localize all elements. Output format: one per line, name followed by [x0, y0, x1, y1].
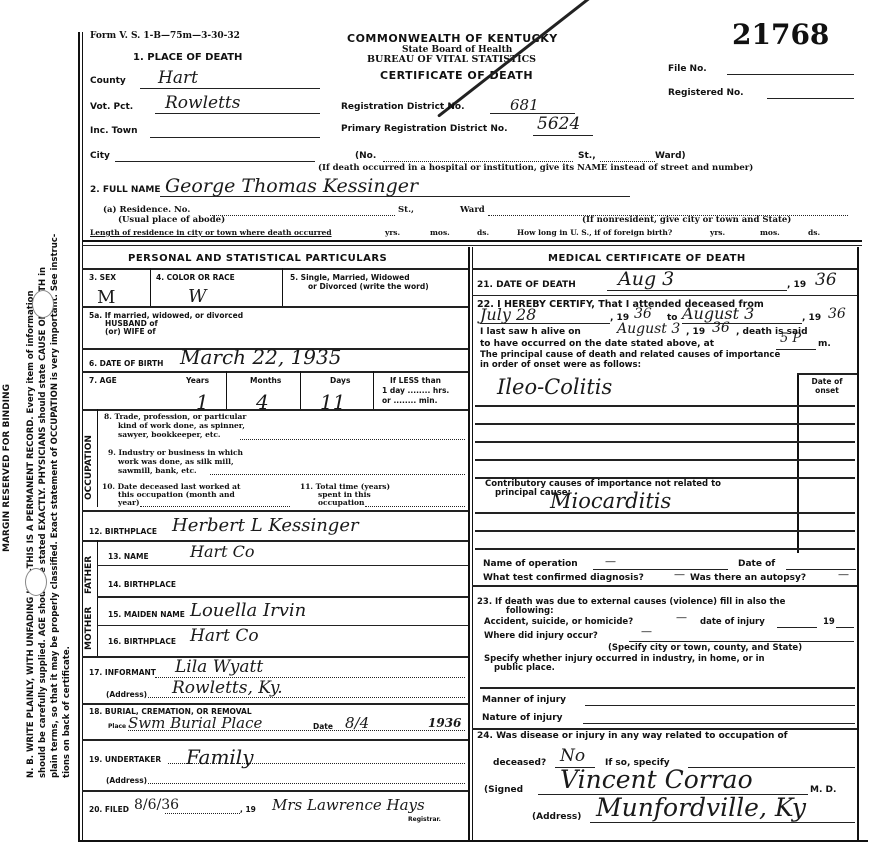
- length-yrs: yrs.: [385, 228, 400, 237]
- vot-pct-label: Vot. Pct.: [90, 102, 133, 112]
- mother-maiden-value[interactable]: Louella Irvin: [190, 600, 306, 621]
- principal-cause-value[interactable]: Ileo-Colitis: [497, 375, 612, 399]
- margin-instructions-line-1: N. B. WRITE PLAINLY, WITH UNFADING INK—T…: [26, 290, 37, 778]
- binding-hole-top: [32, 290, 54, 318]
- autopsy-label: Was there an autopsy?: [690, 573, 806, 583]
- days-divider: [373, 371, 374, 409]
- marital-label-2: or Divorced (write the word): [308, 282, 429, 291]
- city-no-line[interactable]: [383, 161, 573, 162]
- industry-label-1: 9. Industry or business in which: [108, 448, 243, 457]
- margin-reserved-text: MARGIN RESERVED FOR BINDING: [2, 384, 13, 552]
- filed-year-label: , 19: [240, 805, 256, 814]
- sex-row-bottom: [82, 306, 468, 308]
- dob-label: 6. DATE OF BIRTH: [89, 359, 163, 368]
- nature-line[interactable]: [583, 723, 855, 724]
- manner-line[interactable]: [585, 705, 855, 706]
- last-saw-date[interactable]: August 3: [617, 321, 680, 337]
- total-time-line[interactable]: [365, 506, 465, 507]
- injury-bottom: [472, 728, 857, 730]
- father-name-label: 13. NAME: [108, 552, 149, 561]
- occurred-label: to have occurred on the date stated abov…: [480, 339, 714, 349]
- last-saw-year-prefix: , 19: [686, 327, 705, 337]
- father-name-value[interactable]: Hart Co: [190, 542, 255, 561]
- primary-district-value[interactable]: 5624: [537, 114, 580, 134]
- mother-maiden-bottom: [97, 625, 468, 626]
- age-label: 7. AGE: [89, 376, 117, 385]
- date-injury-line[interactable]: [777, 627, 817, 628]
- inc-town-line: [150, 137, 320, 138]
- date-onset-label: Date of onset: [805, 377, 849, 395]
- operation-line: [593, 569, 728, 570]
- date-injury-year: 19: [823, 617, 835, 627]
- less-than-label-3: or ........ min.: [382, 396, 437, 405]
- undertaker-bottom: [82, 790, 468, 792]
- length-mos: mos.: [430, 228, 450, 237]
- burial-year-value[interactable]: 1936: [428, 716, 461, 730]
- father-birthplace-label: 14. BIRTHPLACE: [108, 580, 176, 589]
- burial-bottom: [82, 739, 468, 741]
- occupation-bottom: [82, 510, 468, 512]
- registered-no-label: Registered No.: [668, 88, 744, 98]
- date-of-death-value[interactable]: Aug 3: [618, 268, 674, 290]
- last-saw-text: I last saw h: [480, 327, 538, 337]
- accident-label: Accident, suicide, or homicide?: [484, 617, 633, 627]
- last-saw-label: I last saw h alive on: [480, 327, 581, 337]
- birthplace-bottom: [82, 540, 468, 542]
- nature-label: Nature of injury: [482, 713, 563, 723]
- informant-bottom: [82, 703, 468, 705]
- years-divider: [226, 371, 227, 409]
- primary-district-label: Primary Registration District No.: [341, 124, 508, 134]
- city-ward-label: Ward): [655, 151, 686, 161]
- address-label: (Address): [532, 812, 581, 822]
- date-of-death-year[interactable]: 36: [815, 270, 837, 290]
- trade-line[interactable]: [240, 439, 465, 440]
- date-of-death-line: [607, 290, 787, 291]
- md-label: M. D.: [810, 785, 836, 795]
- industry-line[interactable]: [210, 474, 465, 475]
- months-divider: [300, 371, 301, 409]
- file-no-label: File No.: [668, 64, 707, 74]
- last-saw-year[interactable]: 36: [712, 320, 730, 336]
- header-bottom-rule-2: [82, 245, 862, 246]
- address-value[interactable]: Munfordville, Ky: [596, 793, 806, 822]
- form-bottom-border: [78, 840, 868, 842]
- cause-line-3: [475, 441, 855, 443]
- date-injury-label: date of injury: [700, 617, 765, 627]
- cause-line-4: [475, 459, 855, 461]
- undertaker-address-line[interactable]: [148, 783, 465, 784]
- specify-label-2: public place.: [494, 663, 555, 673]
- date-of-death-year-prefix: , 19: [787, 280, 806, 290]
- address-line: [590, 822, 855, 823]
- where-note: (Specify city or town, county, and State…: [608, 643, 802, 653]
- registered-no-line[interactable]: [767, 98, 854, 99]
- cause-line-6: [475, 512, 855, 514]
- trade-label-1: 8. Trade, profession, or particular: [104, 412, 246, 421]
- cause-line-7: [475, 530, 855, 532]
- county-value[interactable]: Hart: [158, 68, 198, 88]
- date-injury-year-line[interactable]: [836, 627, 854, 628]
- informant-label: 17. INFORMANT: [89, 668, 156, 677]
- residence-sub-label: (Usual place of abode): [118, 215, 225, 225]
- foreign-mos: mos.: [760, 228, 780, 237]
- contributory-cause-value[interactable]: Miocarditis: [550, 489, 671, 513]
- mother-birthplace-value[interactable]: Hart Co: [190, 626, 259, 646]
- where-line: [629, 641, 854, 642]
- test-label: What test confirmed diagnosis?: [483, 573, 644, 583]
- deceased-label: deceased?: [493, 758, 546, 768]
- occupation-related-value[interactable]: No: [560, 746, 585, 766]
- birthplace-value[interactable]: Herbert L Kessinger: [172, 515, 359, 536]
- county-line: [140, 88, 320, 89]
- informant-value[interactable]: Lila Wyatt: [175, 657, 263, 677]
- mother-maiden-label: 15. MAIDEN NAME: [108, 610, 185, 619]
- margin-instructions-line-2: should be carefully supplied. AGE should…: [38, 267, 49, 778]
- county-label: County: [90, 76, 126, 86]
- vot-pct-line: [155, 113, 320, 114]
- time-line: [776, 349, 816, 350]
- file-no-line[interactable]: [727, 74, 854, 75]
- signed-label: (Signed: [484, 785, 523, 795]
- onset-top: [797, 373, 857, 375]
- margin-instructions-line-3: plain terms, so that it may be properly …: [50, 234, 61, 778]
- burial-date-value[interactable]: 8/4: [345, 714, 369, 732]
- registrar-label: Registrar.: [408, 815, 441, 824]
- residence-line[interactable]: [210, 215, 395, 216]
- marital-label-1: 5. Single, Married, Widowed: [290, 273, 410, 282]
- operation-value[interactable]: —: [605, 555, 616, 568]
- medical-heading: MEDICAL CERTIFICATE OF DEATH: [548, 253, 746, 264]
- filed-line: [165, 813, 240, 814]
- filed-value[interactable]: 8/6/36: [134, 797, 179, 813]
- form-left-border-inner: [82, 32, 83, 840]
- cause-line-2: [475, 423, 855, 425]
- full-name-value[interactable]: George Thomas Kessinger: [165, 175, 418, 197]
- dob-row-bottom: [82, 371, 468, 373]
- onset-column-divider: [797, 373, 799, 553]
- form-left-border: [78, 32, 80, 840]
- filed-label: 20. FILED: [89, 805, 129, 814]
- autopsy-value[interactable]: —: [838, 568, 849, 581]
- attended-to-year-prefix: , 19: [802, 313, 821, 323]
- occupation-side-divider: [97, 409, 98, 507]
- burial-place-label: Place: [108, 722, 126, 731]
- race-divider: [282, 268, 283, 306]
- last-worked-line[interactable]: [140, 506, 290, 507]
- external-label-2: following:: [506, 606, 554, 616]
- last-saw-mid: alive on: [538, 327, 581, 337]
- burial-place-value[interactable]: Swm Burial Place: [128, 714, 262, 732]
- sex-value[interactable]: M: [97, 287, 115, 308]
- foreign-yrs: yrs.: [710, 228, 725, 237]
- stamp-number: 21768: [732, 18, 829, 51]
- specify-line[interactable]: [480, 687, 855, 689]
- foreign-birth-label: How long in U. S., if of foreign birth?: [517, 228, 672, 237]
- father-name-bottom: [97, 565, 468, 566]
- accident-value[interactable]: —: [676, 611, 687, 624]
- city-line[interactable]: [115, 161, 315, 162]
- column-divider: [468, 247, 470, 842]
- occupation-related-label: 24. Was disease or injury in any way rel…: [477, 731, 788, 741]
- city-st-label: St.,: [578, 151, 596, 161]
- less-than-label-1: If LESS than: [390, 376, 441, 385]
- mother-bottom: [82, 656, 468, 658]
- attended-to-year[interactable]: 36: [828, 306, 846, 322]
- hospital-note: (If death occurred in a hospital or inst…: [318, 163, 753, 173]
- industry-label-3: sawmill, bank, etc.: [118, 466, 197, 475]
- where-label: Where did injury occur?: [484, 631, 598, 641]
- foreign-ds: ds.: [808, 228, 820, 237]
- length-ds: ds.: [477, 228, 489, 237]
- form-right-border: [857, 247, 859, 842]
- days-label: Days: [330, 376, 350, 385]
- principal-label-2: in order of onset were as follows:: [480, 360, 641, 370]
- undertaker-address-label: (Address): [106, 776, 147, 785]
- sex-label: 3. SEX: [89, 273, 116, 282]
- informant-address-label: (Address): [106, 690, 147, 699]
- father-bottom: [97, 596, 468, 598]
- time-value[interactable]: 5 P: [780, 331, 801, 346]
- attended-from-value[interactable]: July 28: [480, 305, 536, 324]
- less-than-label-2: 1 day ........ hrs.: [382, 386, 449, 395]
- months-label: Months: [250, 376, 281, 385]
- total-time-label-3: occupation: [318, 498, 364, 507]
- certificate-title: CERTIFICATE OF DEATH: [380, 69, 533, 82]
- undertaker-label: 19. UNDERTAKER: [89, 755, 161, 764]
- undertaker-value[interactable]: Family: [186, 745, 254, 769]
- date-of-death-bottom: [472, 295, 857, 296]
- residence-st-label: St.,: [398, 205, 414, 215]
- personal-heading-rule: [82, 268, 468, 270]
- vot-pct-value[interactable]: Rowletts: [165, 93, 240, 113]
- birthplace-label: 12. BIRTHPLACE: [89, 527, 157, 536]
- informant-address-value[interactable]: Rowletts, Ky.: [172, 678, 283, 698]
- mother-birthplace-label: 16. BIRTHPLACE: [108, 637, 176, 646]
- reg-district-value[interactable]: 681: [510, 96, 539, 114]
- industry-label-2: work was done, as silk mill,: [118, 457, 234, 466]
- length-residence-label: Length of residence in city or town wher…: [90, 228, 332, 237]
- registrar-signature[interactable]: Mrs Lawrence Hays: [272, 796, 425, 814]
- place-of-death-heading: 1. PLACE OF DEATH: [133, 52, 242, 63]
- mother-side-label: MOTHER: [84, 607, 95, 650]
- city-label: City: [90, 151, 110, 161]
- state-heading: COMMONWEALTH OF KENTUCKY: [347, 32, 558, 45]
- nonresident-note: (If nonresident, give city or town and S…: [582, 215, 791, 225]
- residence-ward-label: Ward: [460, 205, 485, 215]
- sex-divider: [150, 268, 151, 306]
- form-code: Form V. S. 1-B—75m—3-30-32: [90, 32, 240, 41]
- age-row-bottom: [82, 409, 468, 411]
- binding-hole-bottom: [25, 568, 47, 596]
- city-no-label: (No.: [355, 151, 376, 161]
- date-of-death-label: 21. DATE OF DEATH: [477, 280, 576, 290]
- full-name-label: 2. FULL NAME: [90, 185, 160, 195]
- personal-heading: PERSONAL AND STATISTICAL PARTICULARS: [128, 253, 387, 264]
- header-bottom-rule: [82, 240, 862, 242]
- cause-line-8: [475, 548, 855, 550]
- occupation-side-label: OCCUPATION: [84, 435, 95, 500]
- race-value[interactable]: W: [188, 286, 207, 307]
- operation-date-label: Date of: [738, 559, 775, 569]
- operation-label: Name of operation: [483, 559, 578, 569]
- spouse-label-3: (or) WIFE of: [105, 327, 156, 336]
- margin-instructions-line-4: tions on back of certificate.: [62, 646, 73, 778]
- parents-side-divider: [97, 540, 98, 656]
- cause-line-1: [475, 405, 855, 407]
- time-suffix: m.: [818, 339, 831, 349]
- trade-label-2: kind of work done, as spinner,: [118, 421, 245, 430]
- inc-town-label: Inc. Town: [90, 126, 138, 136]
- attended-from-year[interactable]: 36: [634, 306, 652, 322]
- last-worked-label-3: year): [118, 498, 140, 507]
- primary-district-line: [533, 135, 593, 136]
- burial-date-label: Date: [313, 722, 333, 731]
- column-divider-inner: [472, 247, 473, 842]
- years-label: Years: [186, 376, 209, 385]
- signed-value[interactable]: Vincent Corrao: [560, 765, 753, 794]
- test-row-bottom: [472, 585, 857, 587]
- manner-label: Manner of injury: [482, 695, 566, 705]
- attended-to-line: [682, 323, 802, 324]
- test-value[interactable]: —: [674, 568, 685, 581]
- trade-label-3: sawyer, bookkeeper, etc.: [118, 430, 221, 439]
- residence-label: (a) Residence. No.: [103, 205, 190, 215]
- reg-district-label: Registration District No.: [341, 102, 465, 112]
- race-label: 4. COLOR OR RACE: [156, 273, 235, 282]
- dob-value[interactable]: March 22, 1935: [180, 345, 341, 369]
- principal-label-1: The principal cause of death and related…: [480, 350, 780, 360]
- father-side-label: FATHER: [84, 556, 95, 594]
- where-value[interactable]: —: [641, 625, 652, 638]
- city-ward-line[interactable]: [600, 161, 655, 162]
- attended-from-line: [480, 323, 610, 324]
